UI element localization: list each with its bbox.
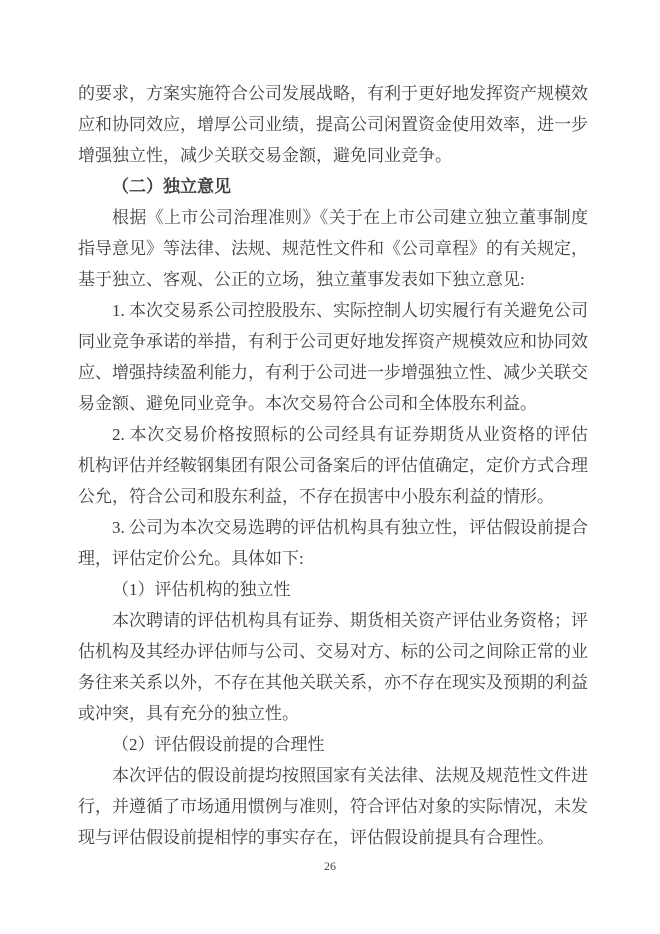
text-line: 根据《上市公司治理准则》《关于在上市公司建立独立董事制度的 — [78, 202, 588, 233]
text-line: 本次评估的假设前提均按照国家有关法律、法规及规范性文件进 — [78, 760, 588, 791]
paragraph: 3. 公司为本次交易选聘的评估机构具有独立性，评估假设前提合理，评估定价公允。具… — [78, 512, 588, 574]
sub-heading: （1）评估机构的独立性 — [78, 574, 588, 605]
paragraph: 2. 本次交易价格按照标的公司经具有证券期货从业资格的评估机构评估并经鞍钢集团有… — [78, 419, 588, 512]
text-line: （2）评估假设前提的合理性 — [78, 729, 588, 760]
text-line: 或冲突，具有充分的独立性。 — [78, 698, 588, 729]
sub-heading: （2）评估假设前提的合理性 — [78, 729, 588, 760]
page-number: 26 — [0, 858, 660, 874]
paragraph: 本次聘请的评估机构具有证券、期货相关资产评估业务资格；评估机构及其经办评估师与公… — [78, 605, 588, 729]
text-line: 应和协同效应，增厚公司业绩，提高公司闲置资金使用效率，进一步 — [78, 109, 588, 140]
paragraph: 1. 本次交易系公司控股股东、实际控制人切实履行有关避免公司同业竞争承诺的举措，… — [78, 295, 588, 419]
document-page: 的要求，方案实施符合公司发展战略，有利于更好地发挥资产规模效应和协同效应，增厚公… — [0, 0, 660, 934]
text-line: 易金额、避免同业竞争。本次交易符合公司和全体股东利益。 — [78, 388, 588, 419]
text-line: 理，评估定价公允。具体如下: — [78, 543, 588, 574]
text-line: 同业竞争承诺的举措，有利于公司更好地发挥资产规模效应和协同效 — [78, 326, 588, 357]
text-line: （二）独立意见 — [78, 171, 588, 202]
text-line: 增强独立性，减少关联交易金额，避免同业竞争。 — [78, 140, 588, 171]
text-line: （1）评估机构的独立性 — [78, 574, 588, 605]
text-line: 机构评估并经鞍钢集团有限公司备案后的评估值确定，定价方式合理 — [78, 450, 588, 481]
paragraph: 根据《上市公司治理准则》《关于在上市公司建立独立董事制度的指导意见》等法律、法规… — [78, 202, 588, 295]
text-line: 3. 公司为本次交易选聘的评估机构具有独立性，评估假设前提合 — [78, 512, 588, 543]
text-line: 1. 本次交易系公司控股股东、实际控制人切实履行有关避免公司 — [78, 295, 588, 326]
paragraph: 本次评估的假设前提均按照国家有关法律、法规及规范性文件进行，并遵循了市场通用惯例… — [78, 760, 588, 853]
document-body: 的要求，方案实施符合公司发展战略，有利于更好地发挥资产规模效应和协同效应，增厚公… — [78, 78, 588, 853]
text-line: 现与评估假设前提相悖的事实存在，评估假设前提具有合理性。 — [78, 822, 588, 853]
text-line: 本次聘请的评估机构具有证券、期货相关资产评估业务资格；评 — [78, 605, 588, 636]
section-heading: （二）独立意见 — [78, 171, 588, 202]
paragraph: 的要求，方案实施符合公司发展战略，有利于更好地发挥资产规模效应和协同效应，增厚公… — [78, 78, 588, 171]
text-line: 行，并遵循了市场通用惯例与准则，符合评估对象的实际情况，未发 — [78, 791, 588, 822]
text-line: 估机构及其经办评估师与公司、交易对方、标的公司之间除正常的业 — [78, 636, 588, 667]
text-line: 指导意见》等法律、法规、规范性文件和《公司章程》的有关规定， — [78, 233, 588, 264]
text-line: 公允，符合公司和股东利益，不存在损害中小股东利益的情形。 — [78, 481, 588, 512]
text-line: 的要求，方案实施符合公司发展战略，有利于更好地发挥资产规模效 — [78, 78, 588, 109]
text-line: 基于独立、客观、公正的立场，独立董事发表如下独立意见: — [78, 264, 588, 295]
text-line: 应、增强持续盈利能力，有利于公司进一步增强独立性、减少关联交 — [78, 357, 588, 388]
text-line: 2. 本次交易价格按照标的公司经具有证券期货从业资格的评估 — [78, 419, 588, 450]
text-line: 务往来关系以外，不存在其他关联关系，亦不存在现实及预期的利益 — [78, 667, 588, 698]
